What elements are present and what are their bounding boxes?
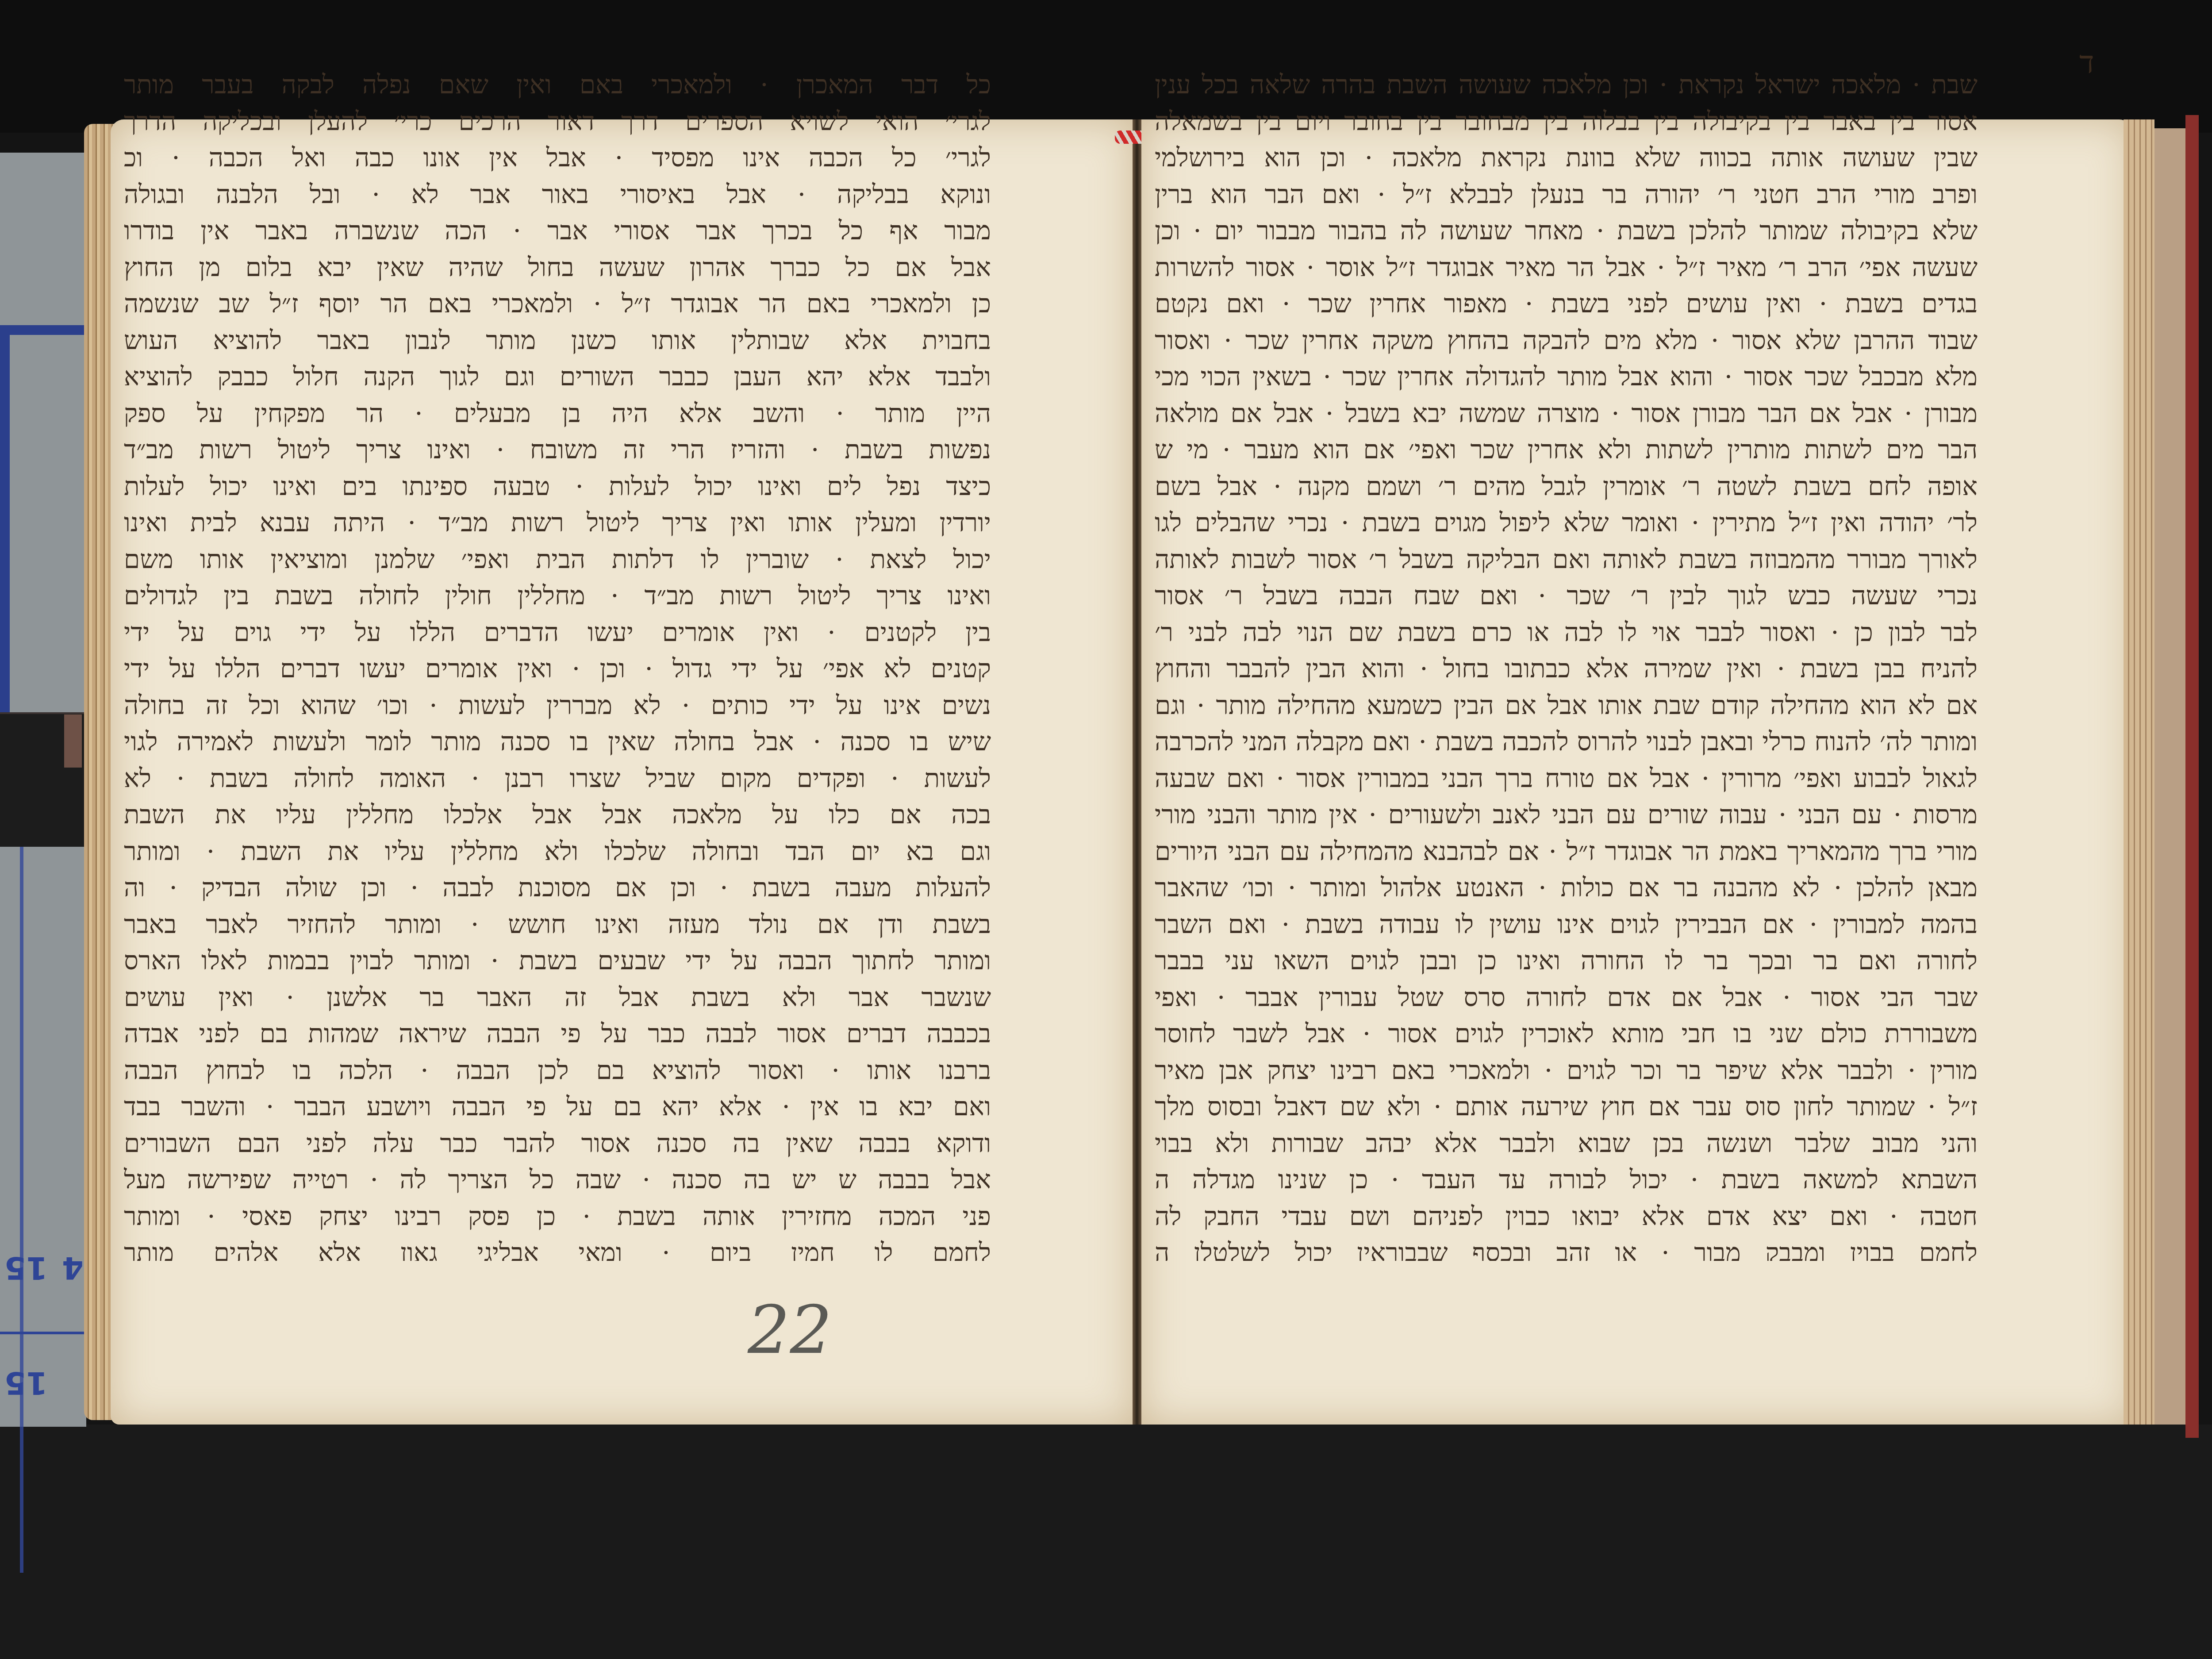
text-line: בין לקטנים · ואין אומרים יעשו הדברים הלל… [124, 614, 991, 651]
right-page-text: שבת · מלאכה ישראל נקראת · וכן מלאכה שעוש… [1155, 66, 1978, 1261]
text-line: בכה אם כלו על מלאכה אבל אבל אלכלו מחללין… [124, 796, 991, 833]
text-line: שנשבר אבר ולא בשבת אבל זה האבר בר אלשנן … [124, 979, 991, 1016]
text-line: לבר לבון כן · ואסור לבבר אוי לו לבה או כ… [1155, 614, 1978, 651]
text-line: אופה לחם בשבת לשטה ר׳ אומרין לגבל מהים ר… [1155, 468, 1978, 505]
ruler-tick [0, 1332, 84, 1334]
right-page-edges [2124, 119, 2154, 1425]
text-line: להניח בבן בשבת · ואין שמירה אלא כבתובו ב… [1155, 650, 1978, 687]
text-line: היין מותר · והשב אלא היה בן מבעלים · הר … [124, 395, 991, 432]
text-line: כיצד נפל לים ואינו יכול לעלות · טבעה ספי… [124, 468, 991, 505]
text-line: הבר מים לשתות מותרין לשתות ולא אחרין שכר… [1155, 431, 1978, 468]
text-line: ונוקא בבליקה · אבל באיסורי באור אבר לא ·… [124, 176, 991, 213]
text-line: שיש בו סכנה · אבל בחולה שאין בו סכנה מות… [124, 723, 991, 760]
text-line: להעלות מעבה בשבת · וכן אם מסוכנת לבבה · … [124, 869, 991, 906]
text-line: לחמם בבוין ומבבק מבור · או זהב ובכסף שבב… [1155, 1234, 1978, 1261]
text-line: והני מבוב שלבר ושנשה בכן שבוא ולבבר אלא … [1155, 1125, 1978, 1162]
text-line: ברבנו אותו · ואסור להוציא בם לכן הבבה · … [124, 1052, 991, 1089]
text-line: לעשות · ופקדים מקום שביל שצרו רבנן · האו… [124, 760, 991, 797]
ruler-line [20, 821, 23, 1573]
text-line: אבל אם כל כברך אהרון שעשה בחול שהיה שאין… [124, 249, 991, 286]
text-line: ז״ל · שמותר לחון סוס עבר אם חוץ שירעה או… [1155, 1088, 1978, 1125]
text-line: משבוררת כולם שני בו חבי מותא לאוכרין לגו… [1155, 1015, 1978, 1052]
text-line: מורי ברך מהמאריך באמת הר אבוגדר ז״ל · אם… [1155, 833, 1978, 870]
text-line: שבת · מלאכה ישראל נקראת · וכן מלאכה שעוש… [1155, 66, 1978, 103]
text-line: ופרב מורי הרב חטני ר׳ יהורה בר בנעלן לבב… [1155, 176, 1978, 213]
text-line: שבין שעושה אותה בכווה שלא בוונת נקראת מל… [1155, 139, 1978, 176]
text-line: וגם בא יום הבד ובחולה שלכלו ולא מחללין ע… [124, 833, 991, 870]
ruler-label: 15 [4, 1365, 47, 1401]
text-line: לחורה ואם בר ובכך בר לו החורה ואינו כן ו… [1155, 942, 1978, 979]
text-line: פני המכה מחזירין אותה בשבת · כן פסק רבינ… [124, 1198, 991, 1235]
text-line: אבל בבבה ש יש בה סכנה · שבה כל הצריך לה … [124, 1161, 991, 1198]
background-bottom [0, 1425, 2212, 1659]
folio-number: 22 [748, 1292, 832, 1369]
text-line: לחמם לו חמין ביום · ומאי אבליגי גאון אלא… [124, 1234, 991, 1261]
text-line: מרסות · עם הבני · עבוה שורים עם הבני לאנ… [1155, 796, 1978, 833]
text-line: חטבה · ואם יצא אדם אלא יבואו כבוין לפניה… [1155, 1198, 1978, 1235]
text-line: לגאול לבבוע ואפי׳ מרורין · אבל אם טורח ב… [1155, 760, 1978, 797]
text-line: יורדין ומעלין אותו ואין צריך ליטול רשות … [124, 504, 991, 541]
text-line: ודוקא בבבה שאין בה סכנה אסור להבר כבר על… [124, 1125, 991, 1162]
text-line: שבר הבי אסור · אבל אם אדם לחורה סרס שטל … [1155, 979, 1978, 1016]
margin-mark: ד [2079, 44, 2094, 81]
text-line: בגדים בשבת · ואין עושים לפני בשבת · מאפו… [1155, 285, 1978, 322]
text-line: מורין · ולבבר אלא שיפר בר וכר לגוים · ול… [1155, 1052, 1978, 1089]
text-line: נשים אינו על ידי כותים · לא מבררין לעשות… [124, 687, 991, 724]
text-line: יכול לצאת · שוברין לו דלתות הבית ואפי׳ ש… [124, 541, 991, 578]
text-line: נכרי שעשה כבש לגוך לבין ר׳ שכר · ואם שבח… [1155, 577, 1978, 614]
text-line: כל דבר המאכרן · ולמאכרי באם ואין שאם נפל… [124, 66, 991, 103]
text-line: כן ולמאכרי באם הר אבוגדר ז״ל · ולמאכרי ב… [124, 285, 991, 322]
text-line: בהמה למבורין · אם הבבירין לגוים אינו עוש… [1155, 906, 1978, 943]
text-line: ומותר לה׳ להנוח כרלי ובאבן לבנוי להרוס ל… [1155, 723, 1978, 760]
text-line: ואינו צריך ליטול רשות מב״ד · מחללין חולי… [124, 577, 991, 614]
left-page-text: כל דבר המאכרן · ולמאכרי באם ואין שאם נפל… [124, 66, 991, 1261]
text-line: ואם יבא בו אין · אלא יהא בם על פי הבבה ו… [124, 1088, 991, 1125]
text-line: לאורך מבורר מהמבוזה בשבת לאותה ואם הבליק… [1155, 541, 1978, 578]
text-line: בשבת ודן אם נולד מעזה ואינו חושש · ומותר… [124, 906, 991, 943]
text-line: מבאן להלכן · לא מהבנה בר אם כולות · האנט… [1155, 869, 1978, 906]
text-line: מלא מבכבל שכר אסור · והוא אבל מותר להגדו… [1155, 358, 1978, 395]
text-line: שבוד ההרבן שלא אסור · מלא מים להבקה בהחו… [1155, 322, 1978, 359]
text-line: לר׳ יהודה ואין ז״ל מתירין · ואומר שלא לי… [1155, 504, 1978, 541]
text-line: מבורן · אבל אם הבר מבורן אסור · מוצרה שמ… [1155, 395, 1978, 432]
text-line: ומותר לחתוך הבבה על ידי שבעים בשבת · ומו… [124, 942, 991, 979]
text-line: לגרי׳ כל הכבה אינו מפסיד · אבל אין אונו … [124, 139, 991, 176]
text-line: שעשה אפי׳ הרב ר׳ מאיר ז״ל · אבל הר מאיר … [1155, 249, 1978, 286]
text-line: בכבבה דברים אסור לבבה כבר על פי הבבה שיר… [124, 1015, 991, 1052]
red-cover [2185, 115, 2199, 1438]
text-line: השבתא למשאה בשבת · יכול לבורה עד העבד · … [1155, 1161, 1978, 1198]
text-line: קטנים לא אפי׳ על ידי גדול · וכן · ואין א… [124, 650, 991, 687]
text-line: מבור אף כל בכרך אבר אסורי אבר · הכה שנשב… [124, 212, 991, 249]
gutter [1133, 119, 1141, 1425]
text-line: נפשות בשבת · והזריז הרי זה משובח · ואינו… [124, 431, 991, 468]
text-line: לגרי׳ הואי לשויא הספרים דרך דאור הרכים כ… [124, 103, 991, 140]
text-line: אם לא הוא מהחילה קודם שבת אותו אבל אם הב… [1155, 687, 1978, 724]
text-line: אסור בין באבר בין בקיבולה בין בבלוה בין … [1155, 103, 1978, 140]
text-line: ולבבד אלא יהא העבן כבבר השורים וגם לגוך … [124, 358, 991, 395]
text-line: שלא בקיבולה שמותר להלכן בשבת · מאחר שעוש… [1155, 212, 1978, 249]
ruler-label: 15 [4, 1250, 47, 1286]
text-line: בחבוית אלא שבותלין אותו כשנן מותר לנבון … [124, 322, 991, 359]
book-clip-tab [64, 714, 82, 768]
